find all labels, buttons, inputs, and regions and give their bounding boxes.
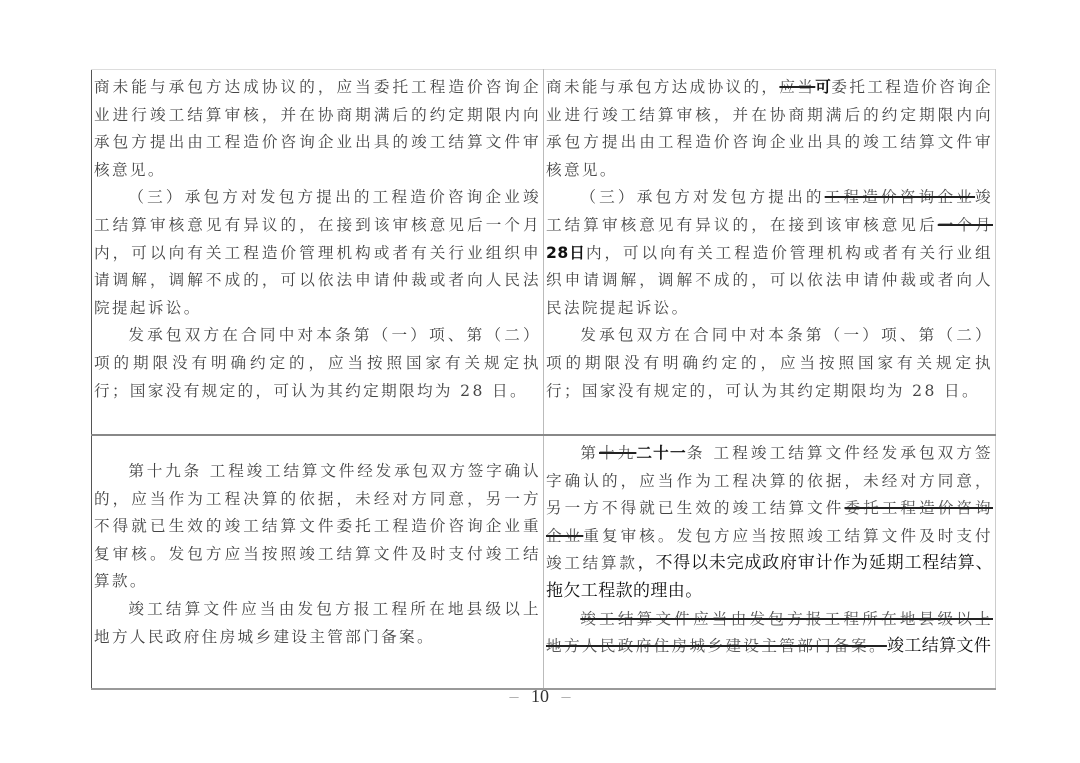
inserted-text: 可	[815, 78, 831, 96]
inserted-text: 二十一	[636, 444, 686, 462]
paragraph: 发承包双方在合同中对本条第（一）项、第（二）项的期限没有明确约定的，应当按照国家…	[546, 322, 993, 405]
table-row: 商未能与承包方达成协议的，应当委托工程造价咨询企业进行竣工结算审核，并在协商期满…	[92, 70, 996, 436]
text-segment: 商未能与承包方达成协议的，应当委托工程造价咨询企业进行竣工结算审核，并在协商期满…	[94, 78, 541, 179]
inserted-text: 28日	[546, 244, 586, 262]
deleted-text: 一个月	[938, 216, 993, 234]
paragraph: 发承包双方在合同中对本条第（一）项、第（二）项的期限没有明确约定的，应当按照国家…	[94, 322, 541, 405]
text-segment: 发承包双方在合同中对本条第（一）项、第（二）项的期限没有明确约定的，应当按照国家…	[546, 326, 993, 399]
text-segment: （三）承包方对发包方提出的	[580, 188, 824, 206]
text-segment: （三）承包方对发包方提出的工程造价咨询企业竣工结算审核意见有异议的，在接到该审核…	[94, 188, 541, 316]
deleted-text: 工程造价咨询企业	[825, 188, 975, 206]
paragraph: 商未能与承包方达成协议的，应当委托工程造价咨询企业进行竣工结算审核，并在协商期满…	[94, 74, 541, 184]
page-number-value: 10	[531, 686, 549, 706]
page-number-dash-left: –	[502, 686, 527, 706]
revised-text-cell: 商未能与承包方达成协议的，应当可委托工程造价咨询企业进行竣工结算审核，并在协商期…	[544, 70, 996, 436]
original-text-cell: 商未能与承包方达成协议的，应当委托工程造价咨询企业进行竣工结算审核，并在协商期满…	[92, 70, 544, 436]
original-text-cell: 第十九条 工程竣工结算文件经发承包双方签字确认的，应当作为工程决算的依据，未经对…	[92, 435, 544, 689]
text-segment: 内，可以向有关工程造价管理机构或者有关行业组织申请调解，调解不成的，可以依法申请…	[546, 244, 993, 317]
deleted-text: 应当	[779, 78, 815, 96]
document-page: 商未能与承包方达成协议的，应当委托工程造价咨询企业进行竣工结算审核，并在协商期满…	[0, 0, 1080, 763]
paragraph: 第十九二十一条 工程竣工结算文件经发承包双方签字确认的，应当作为工程决算的依据，…	[546, 440, 993, 606]
table-row: 第十九条 工程竣工结算文件经发承包双方签字确认的，应当作为工程决算的依据，未经对…	[92, 435, 996, 689]
page-number: – 10 –	[0, 686, 1080, 707]
paragraph: 第十九条 工程竣工结算文件经发承包双方签字确认的，应当作为工程决算的依据，未经对…	[94, 458, 541, 596]
text-segment: 竣工结算文件应当由发包方报工程所在地县级以上地方人民政府住房城乡建设主管部门备案…	[94, 600, 541, 646]
text-segment: 发承包双方在合同中对本条第（一）项、第（二）项的期限没有明确约定的，应当按照国家…	[94, 326, 541, 399]
text-segment: 第	[580, 444, 599, 462]
paragraph: 竣工结算文件应当由发包方报工程所在地县级以上地方人民政府住房城乡建设主管部门备案…	[94, 596, 541, 651]
revised-text-cell: 第十九二十一条 工程竣工结算文件经发承包双方签字确认的，应当作为工程决算的依据，…	[544, 435, 996, 689]
comparison-table: 商未能与承包方达成协议的，应当委托工程造价咨询企业进行竣工结算审核，并在协商期满…	[91, 69, 996, 690]
paragraph: 竣工结算文件应当由发包方报工程所在地县级以上地方人民政府住房城乡建设主管部门备案…	[546, 606, 993, 661]
inserted-text: 竣工结算文件	[887, 636, 991, 656]
deleted-text: 十九	[599, 444, 636, 462]
text-segment: 第十九条 工程竣工结算文件经发承包双方签字确认的，应当作为工程决算的依据，未经对…	[94, 462, 541, 590]
paragraph: （三）承包方对发包方提出的工程造价咨询企业竣工结算审核意见有异议的，在接到该审核…	[94, 184, 541, 322]
paragraph: 商未能与承包方达成协议的，应当可委托工程造价咨询企业进行竣工结算审核，并在协商期…	[546, 74, 993, 184]
text-segment: 商未能与承包方达成协议的，	[546, 78, 779, 96]
comparison-table-body: 商未能与承包方达成协议的，应当委托工程造价咨询企业进行竣工结算审核，并在协商期满…	[92, 70, 996, 690]
paragraph: （三）承包方对发包方提出的工程造价咨询企业竣工结算审核意见有异议的，在接到该审核…	[546, 184, 993, 322]
page-number-dash-right: –	[554, 686, 579, 706]
